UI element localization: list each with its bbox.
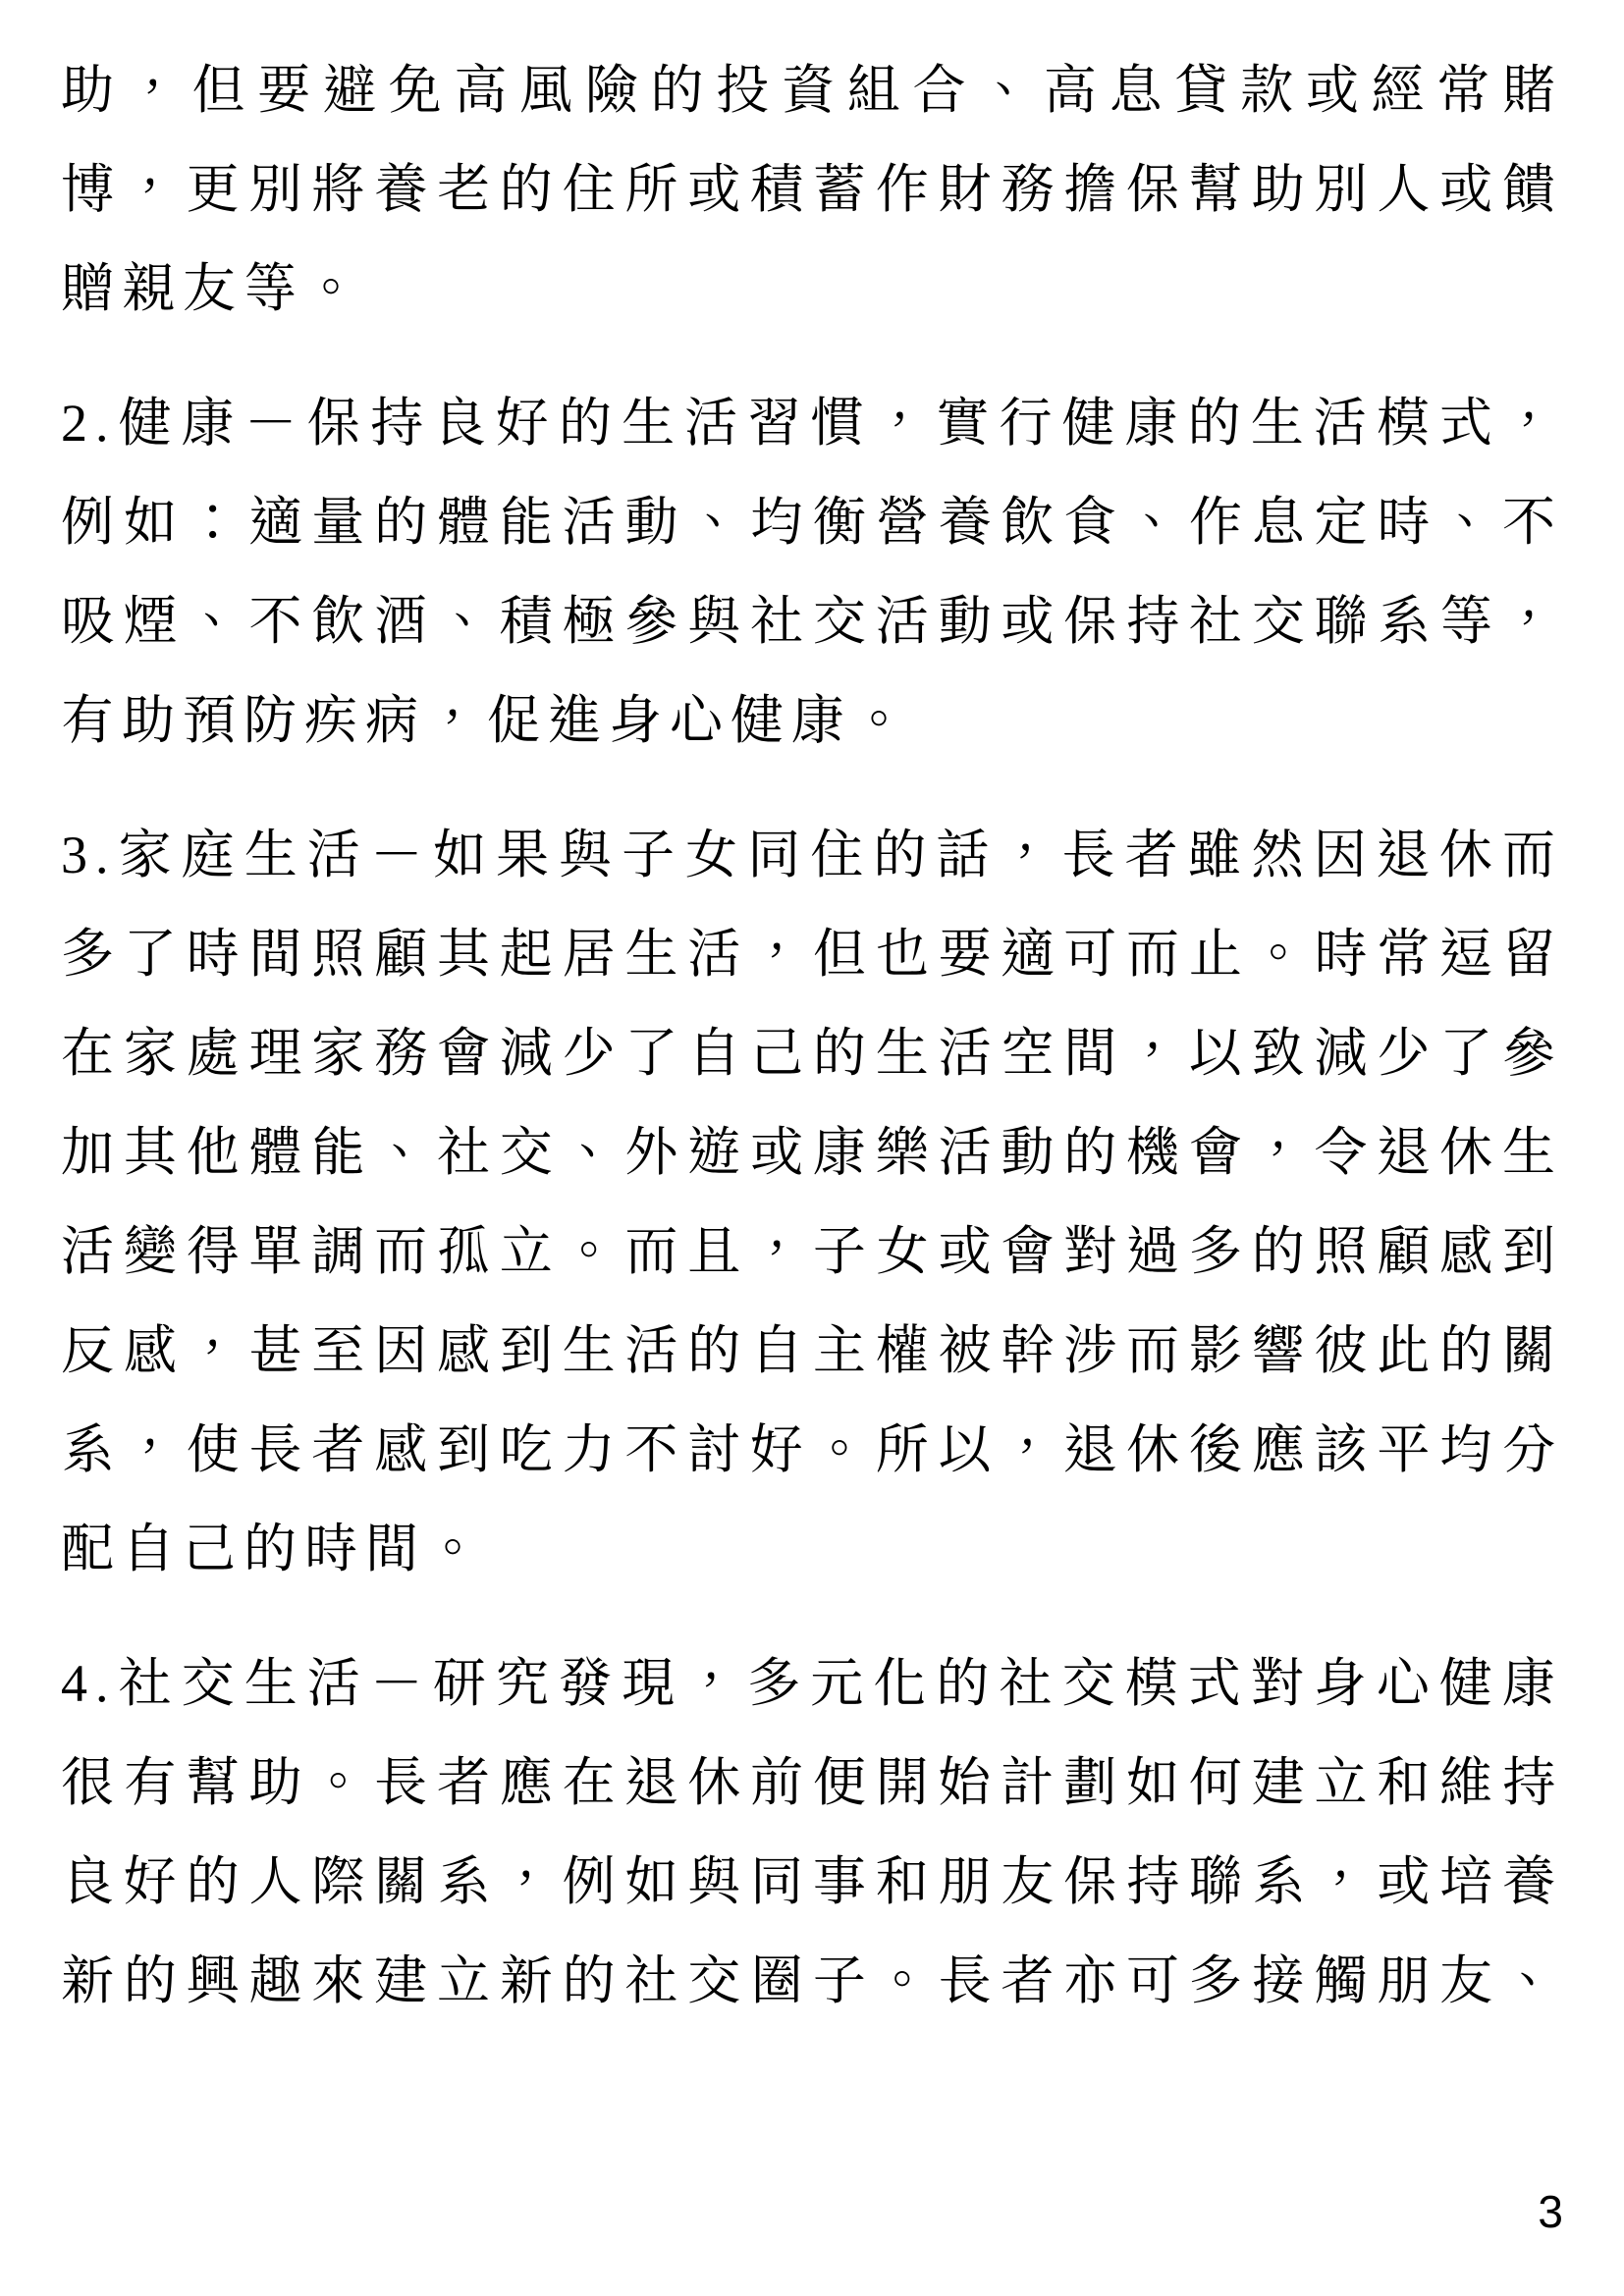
text-line: 配自己的時間。 bbox=[61, 1500, 1563, 1599]
paragraph-health: 2.健康－保持良好的生活習慣，實行健康的生活模式， 例如：適量的體能活動、均衡營… bbox=[61, 374, 1563, 771]
paragraph-finance-continued: 助，但要避免高風險的投資組合、高息貸款或經常賭 博，更別將養老的住所或積蓄作財務… bbox=[61, 41, 1563, 339]
text-line: 4.社交生活－研究發現，多元化的社交模式對身心健康 bbox=[61, 1634, 1563, 1734]
text-line: 加其他體能、社交、外遊或康樂活動的機會，令退休生 bbox=[61, 1103, 1563, 1202]
text-line: 很有幫助。長者應在退休前便開始計劃如何建立和維持 bbox=[61, 1734, 1563, 1833]
text-line: 例如：適量的體能活動、均衡營養飲食、作息定時、不 bbox=[61, 473, 1563, 572]
text-line: 有助預防疾病，促進身心健康。 bbox=[61, 671, 1563, 771]
text-line: 吸煙、不飲酒、積極參與社交活動或保持社交聯系等， bbox=[61, 572, 1563, 671]
paragraph-family-life: 3.家庭生活－如果與子女同住的話，長者雖然因退休而 多了時間照顧其起居生活，但也… bbox=[61, 806, 1563, 1599]
text-line: 博，更別將養老的住所或積蓄作財務擔保幫助別人或饋 bbox=[61, 140, 1563, 240]
text-line: 贈親友等。 bbox=[61, 240, 1563, 339]
document-body: 助，但要避免高風險的投資組合、高息貸款或經常賭 博，更別將養老的住所或積蓄作財務… bbox=[61, 41, 1563, 2066]
document-page: 助，但要避免高風險的投資組合、高息貸款或經常賭 博，更別將養老的住所或積蓄作財務… bbox=[0, 0, 1624, 2296]
text-line: 多了時間照顧其起居生活，但也要適可而止。時常逗留 bbox=[61, 905, 1563, 1004]
text-line: 2.健康－保持良好的生活習慣，實行健康的生活模式， bbox=[61, 374, 1563, 473]
paragraph-social-life: 4.社交生活－研究發現，多元化的社交模式對身心健康 很有幫助。長者應在退休前便開… bbox=[61, 1634, 1563, 2031]
text-line: 良好的人際關系，例如與同事和朋友保持聯系，或培養 bbox=[61, 1833, 1563, 1932]
page-number: 3 bbox=[1538, 2187, 1563, 2236]
text-line: 活變得單調而孤立。而且，子女或會對過多的照顧感到 bbox=[61, 1202, 1563, 1302]
text-line: 3.家庭生活－如果與子女同住的話，長者雖然因退休而 bbox=[61, 806, 1563, 905]
text-line: 反感，甚至因感到生活的自主權被幹涉而影響彼此的關 bbox=[61, 1302, 1563, 1401]
text-line: 系，使長者感到吃力不討好。所以，退休後應該平均分 bbox=[61, 1401, 1563, 1500]
text-line: 助，但要避免高風險的投資組合、高息貸款或經常賭 bbox=[61, 41, 1563, 140]
text-line: 在家處理家務會減少了自己的生活空間，以致減少了參 bbox=[61, 1004, 1563, 1103]
text-line: 新的興趣來建立新的社交圈子。長者亦可多接觸朋友、 bbox=[61, 1932, 1563, 2031]
